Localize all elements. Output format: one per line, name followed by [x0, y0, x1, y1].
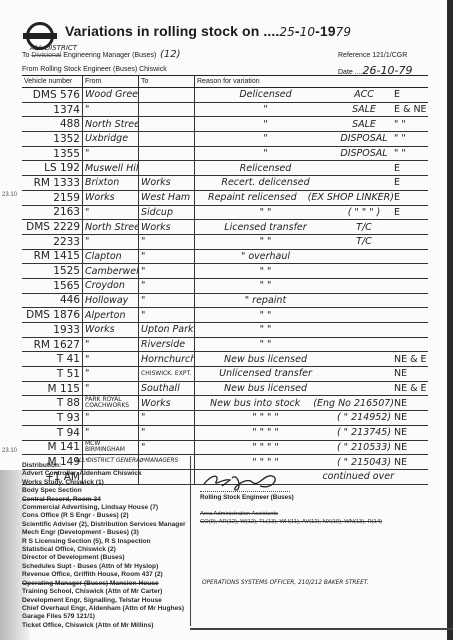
- reason-note: ( " 215043): [334, 457, 394, 468]
- to-location: ": [141, 280, 145, 291]
- to-location: West Ham: [141, 192, 190, 203]
- code: " ": [394, 119, 426, 130]
- reason: " " " ": [197, 442, 334, 453]
- variations-table: Vehicle number From To Reason for variat…: [22, 75, 428, 485]
- from-location: ": [85, 427, 89, 438]
- distribution-item: Scientific Adviser (2), Distribution Ser…: [22, 521, 186, 529]
- reason: " ": [197, 236, 334, 247]
- table-row: 1355""DISPOSAL" ": [22, 146, 428, 161]
- col-to: To: [139, 76, 195, 88]
- reason: ": [197, 148, 334, 159]
- table-row: DMS 576Wood GreenDelicensedACCE: [22, 88, 428, 103]
- reason-note: SALE: [334, 104, 394, 115]
- table-row: LS 192Muswell HillRelicensedE: [22, 161, 428, 176]
- reason: New bus licensed: [197, 383, 334, 394]
- to-location: ": [141, 251, 145, 262]
- table-row: 2233""" "T/C: [22, 234, 428, 249]
- code: E: [394, 89, 426, 100]
- form-title: Variations in rolling stock on ....25-10…: [65, 23, 351, 39]
- vehicle-number: T 51: [57, 368, 80, 380]
- vehicle-number: M 141: [48, 441, 80, 453]
- table-row: T 93""" " " "( " 214952)NE: [22, 411, 428, 426]
- to-location: ": [141, 266, 145, 277]
- reason: " ": [197, 339, 334, 350]
- reason: Repaint relicensed: [197, 192, 308, 203]
- reason: " " " ": [197, 412, 334, 423]
- to-location: ": [141, 442, 145, 453]
- table-row: 2159WorksWest HamRepaint relicensed(EX S…: [22, 190, 428, 205]
- page-edge-shadow: [447, 0, 453, 640]
- vehicle-number: 1933: [53, 324, 80, 336]
- to-location: Riverside: [141, 339, 185, 350]
- on-day: 25: [279, 25, 294, 39]
- on-month: 10: [300, 25, 315, 39]
- reason-note: (EX SHOP LINKER): [308, 192, 394, 203]
- distribution-item: Commercial Advertising, Lindsay House (7…: [22, 504, 186, 512]
- vehicle-number: 1525: [53, 265, 80, 277]
- distribution-item: Mech Engr (Development - Buses) (3): [22, 529, 186, 537]
- vehicle-number: 446: [60, 294, 80, 306]
- reason: " ": [197, 207, 334, 218]
- table-row: T 51"CHISWICK. EXPT.Unlicensed transferN…: [22, 367, 428, 382]
- reason: Licensed transfer: [197, 222, 334, 233]
- code: NE: [394, 398, 426, 409]
- vehicle-number: DMS 1876: [26, 309, 80, 321]
- margin-note: 23.10: [2, 448, 17, 454]
- vehicle-number: RM 1415: [34, 250, 80, 262]
- vehicle-number: T 94: [57, 427, 80, 439]
- vehicle-number: 1352: [53, 133, 80, 145]
- vehicle-number: 1565: [53, 280, 80, 292]
- from-location: ": [85, 412, 89, 423]
- from-location: ": [85, 339, 89, 350]
- from-location: ": [85, 148, 89, 159]
- reference: Reference 121/1/CGR: [338, 52, 407, 59]
- code: NE & E: [394, 354, 426, 365]
- reason: New bus licensed: [197, 354, 334, 365]
- reason: Unlicensed transfer: [197, 368, 334, 379]
- reason-note: DISPOSAL: [334, 148, 394, 159]
- vehicle-number: 2233: [53, 236, 80, 248]
- distribution-item: Garage Files 579 121/1): [22, 613, 186, 621]
- signature-label: Rolling Stock Engineer (Buses): [200, 494, 294, 501]
- reason: " " " ": [197, 427, 334, 438]
- distribution-item: R S Licensing Section (5), R S Inspectio…: [22, 538, 186, 546]
- vehicle-number: 2159: [53, 192, 80, 204]
- table-row: RM 1333BrixtonWorksRecert. delicensedE: [22, 176, 428, 191]
- distribution-item: Revenue Office, Griffith House, Room 437…: [22, 571, 186, 579]
- vehicle-number: LS 192: [44, 162, 80, 174]
- ops-systems-note: OPERATIONS SYSTEMS OFFICER, 210/212 BAKE…: [202, 580, 368, 586]
- code: " ": [394, 148, 426, 159]
- signature-icon: [202, 470, 282, 492]
- code: E: [394, 192, 426, 203]
- table-row: 446Holloway"" repaint: [22, 293, 428, 308]
- table-row: 1933WorksUpton Park" ": [22, 323, 428, 338]
- reason: " " " ": [197, 457, 334, 468]
- vehicle-number: T 41: [57, 353, 80, 365]
- reason-note: SALE: [334, 119, 394, 130]
- reason: ": [197, 133, 334, 144]
- reason: " overhaul: [197, 251, 334, 262]
- reason-note: ACC: [334, 89, 394, 100]
- reason: ": [197, 104, 334, 115]
- reason-note: (Eng No 216507): [313, 398, 394, 409]
- reason-note: ( " 210533): [334, 442, 394, 453]
- table-row: M 115"SouthallNew bus licensedNE & E: [22, 381, 428, 396]
- margin-note: 23.10: [2, 192, 17, 198]
- vehicle-number: RM 1627: [34, 339, 80, 351]
- reason-note: ( " 213745): [334, 427, 394, 438]
- reason-note: T/C: [334, 222, 394, 233]
- reason-note: ( " " " ): [334, 207, 394, 218]
- to-location: ": [141, 310, 145, 321]
- column-divider: [190, 456, 191, 626]
- to-location: Works: [141, 222, 171, 233]
- distribution-item: Training School, Chiswick (Attn of Mr Ca…: [22, 588, 186, 596]
- table-row: 1565Croydon"" ": [22, 278, 428, 293]
- bottom-rule: [190, 628, 453, 630]
- rolling-stock-form: Variations in rolling stock on ....25-10…: [0, 0, 453, 640]
- signature-line: [200, 491, 290, 492]
- reason-note: continued over: [322, 471, 394, 482]
- from-location: ": [85, 383, 89, 394]
- code: E: [394, 177, 426, 188]
- code: E: [394, 163, 426, 174]
- distribution-item: Director of Development (Buses): [22, 554, 186, 562]
- col-from: From: [83, 76, 139, 88]
- code: NE: [394, 368, 426, 379]
- distribution-item: Works Study, Chiswick (1): [22, 479, 186, 487]
- from-location: MCW BIRMINGHAM: [85, 441, 136, 453]
- distribution-item: Advert Controller, Aldenham Chiswick: [22, 470, 186, 478]
- table-row: DMS 1876Alperton"" ": [22, 308, 428, 323]
- distribution-item: Body Spec Section: [22, 487, 186, 495]
- code: NE: [394, 427, 426, 438]
- table-row: 488North Street"SALE" ": [22, 117, 428, 132]
- distribution-item: Cons Office (R S Engr - Buses) (2): [22, 512, 186, 520]
- from-location: Muswell Hill: [85, 163, 139, 174]
- to-location: Works: [141, 398, 171, 409]
- from-location: Wood Green: [85, 89, 139, 100]
- reason: Recert. delicensed: [197, 177, 334, 188]
- col-reason: Reason for variation: [195, 76, 429, 88]
- code: " ": [394, 133, 426, 144]
- reason-note: DISPOSAL: [334, 133, 394, 144]
- from-location: Croydon: [85, 280, 125, 291]
- vehicle-number: 488: [60, 118, 80, 130]
- from-location: North Street: [85, 222, 139, 233]
- reason: " repaint: [197, 295, 334, 306]
- reason-note: ( " 214952): [334, 412, 394, 423]
- from-location: Works: [85, 192, 115, 203]
- vehicle-number: T 88: [57, 397, 80, 409]
- reason: ": [197, 119, 334, 130]
- from-location: Alperton: [85, 310, 125, 321]
- to-location: CHISWICK. EXPT.: [141, 371, 192, 377]
- distribution-item: Operating Manager (Buses) Mansion House: [22, 580, 186, 588]
- from-location: Camberwell: [85, 266, 139, 277]
- code: E & NE: [394, 104, 426, 115]
- to-location: Hornchurch: [141, 354, 195, 365]
- table-row: RM 1627"Riverside" ": [22, 337, 428, 352]
- from-location: ": [85, 104, 89, 115]
- reason: " ": [197, 324, 334, 335]
- from-line: From Rolling Stock Engineer (Buses) Chis…: [22, 66, 167, 73]
- distribution-item: Ticket Office, Chiswick (Attn of Mr Mill…: [22, 622, 186, 630]
- vehicle-number: T 93: [57, 412, 80, 424]
- reason: New bus into stock: [197, 398, 313, 409]
- code: E: [394, 207, 426, 218]
- reason-note: T/C: [334, 236, 394, 247]
- code: NE: [394, 412, 426, 423]
- reason: Delicensed: [197, 89, 334, 100]
- vehicle-number: 1374: [53, 104, 80, 116]
- to-location: ": [141, 412, 145, 423]
- table-row: T 94""" " " "( " 213745)NE: [22, 425, 428, 440]
- table-row: 2163"Sidcup" "( " " " )E: [22, 205, 428, 220]
- from-location: North Street: [85, 119, 139, 130]
- table-row: T 88PARK ROYAL COACHWORKSWorksNew bus in…: [22, 396, 428, 411]
- vehicle-number: M 115: [48, 383, 80, 395]
- from-location: Works: [85, 324, 115, 335]
- table-row: 1374""SALEE & NE: [22, 102, 428, 117]
- from-location: ": [85, 207, 89, 218]
- copies-count: (12): [160, 49, 181, 60]
- to-location: ": [141, 427, 145, 438]
- from-location: Holloway: [85, 295, 128, 306]
- reason: " ": [197, 310, 334, 321]
- vehicle-number: 1355: [53, 148, 80, 160]
- from-location: Brixton: [85, 177, 119, 188]
- to-location: Southall: [141, 383, 180, 394]
- to-location: Upton Park: [141, 324, 194, 335]
- from-location: ": [85, 236, 89, 247]
- vehicle-number: DMS 2229: [26, 221, 80, 233]
- table-row: T 41"HornchurchNew bus licensedNE & E: [22, 352, 428, 367]
- reason: " ": [197, 266, 334, 277]
- on-year: 79: [336, 25, 351, 39]
- from-location: ": [85, 354, 89, 365]
- distribution-item: Development Engr, Signalling, Telstar Ho…: [22, 597, 186, 605]
- vehicle-number: DMS 576: [33, 89, 80, 101]
- from-location: ": [85, 368, 89, 379]
- from-location: PARK ROYAL COACHWORKS: [85, 397, 136, 409]
- distribution-list: Distribution: Advert Controller, Aldenha…: [22, 462, 186, 630]
- table-row: RM 1415Clapton"" overhaul: [22, 249, 428, 264]
- to-location: ": [141, 295, 145, 306]
- table-row: 1352Uxbridge"DISPOSAL" ": [22, 132, 428, 147]
- from-location: Uxbridge: [85, 133, 128, 144]
- distribution-item: Central Record, Room 34: [22, 496, 186, 504]
- table-row: 1525Camberwell"" ": [22, 264, 428, 279]
- area-admin-struck: Area Administration Assistants CO(9), AR…: [200, 510, 382, 526]
- to-location: Sidcup: [141, 207, 173, 218]
- to-line: To Divisional Engineering Manager (Buses…: [22, 52, 156, 59]
- to-location: Works: [141, 177, 171, 188]
- distribution-item: Chief Overhaul Engr, Aldenham (Attn of M…: [22, 605, 186, 613]
- to-location: ": [141, 236, 145, 247]
- table-row: M 141MCW BIRMINGHAM"" " " "( " 210533)NE: [22, 440, 428, 455]
- code: NE: [394, 442, 426, 453]
- distribution-item: Schedules Supt - Buses (Attn of Mr Hyslo…: [22, 563, 186, 571]
- all-district-note: ALL DISTRICT: [30, 44, 77, 52]
- col-vehicle-number: Vehicle number: [22, 76, 83, 88]
- table-row: DMS 2229North StreetWorksLicensed transf…: [22, 220, 428, 235]
- from-location: Clapton: [85, 251, 122, 262]
- reason: Relicensed: [197, 163, 334, 174]
- vehicle-number: RM 1333: [34, 177, 80, 189]
- code: NE: [394, 457, 426, 468]
- code: NE & E: [394, 383, 426, 394]
- vehicle-number: 2163: [53, 206, 80, 218]
- distribution-item: Statistical Office, Chiswick (2): [22, 546, 186, 554]
- reason: " ": [197, 280, 334, 291]
